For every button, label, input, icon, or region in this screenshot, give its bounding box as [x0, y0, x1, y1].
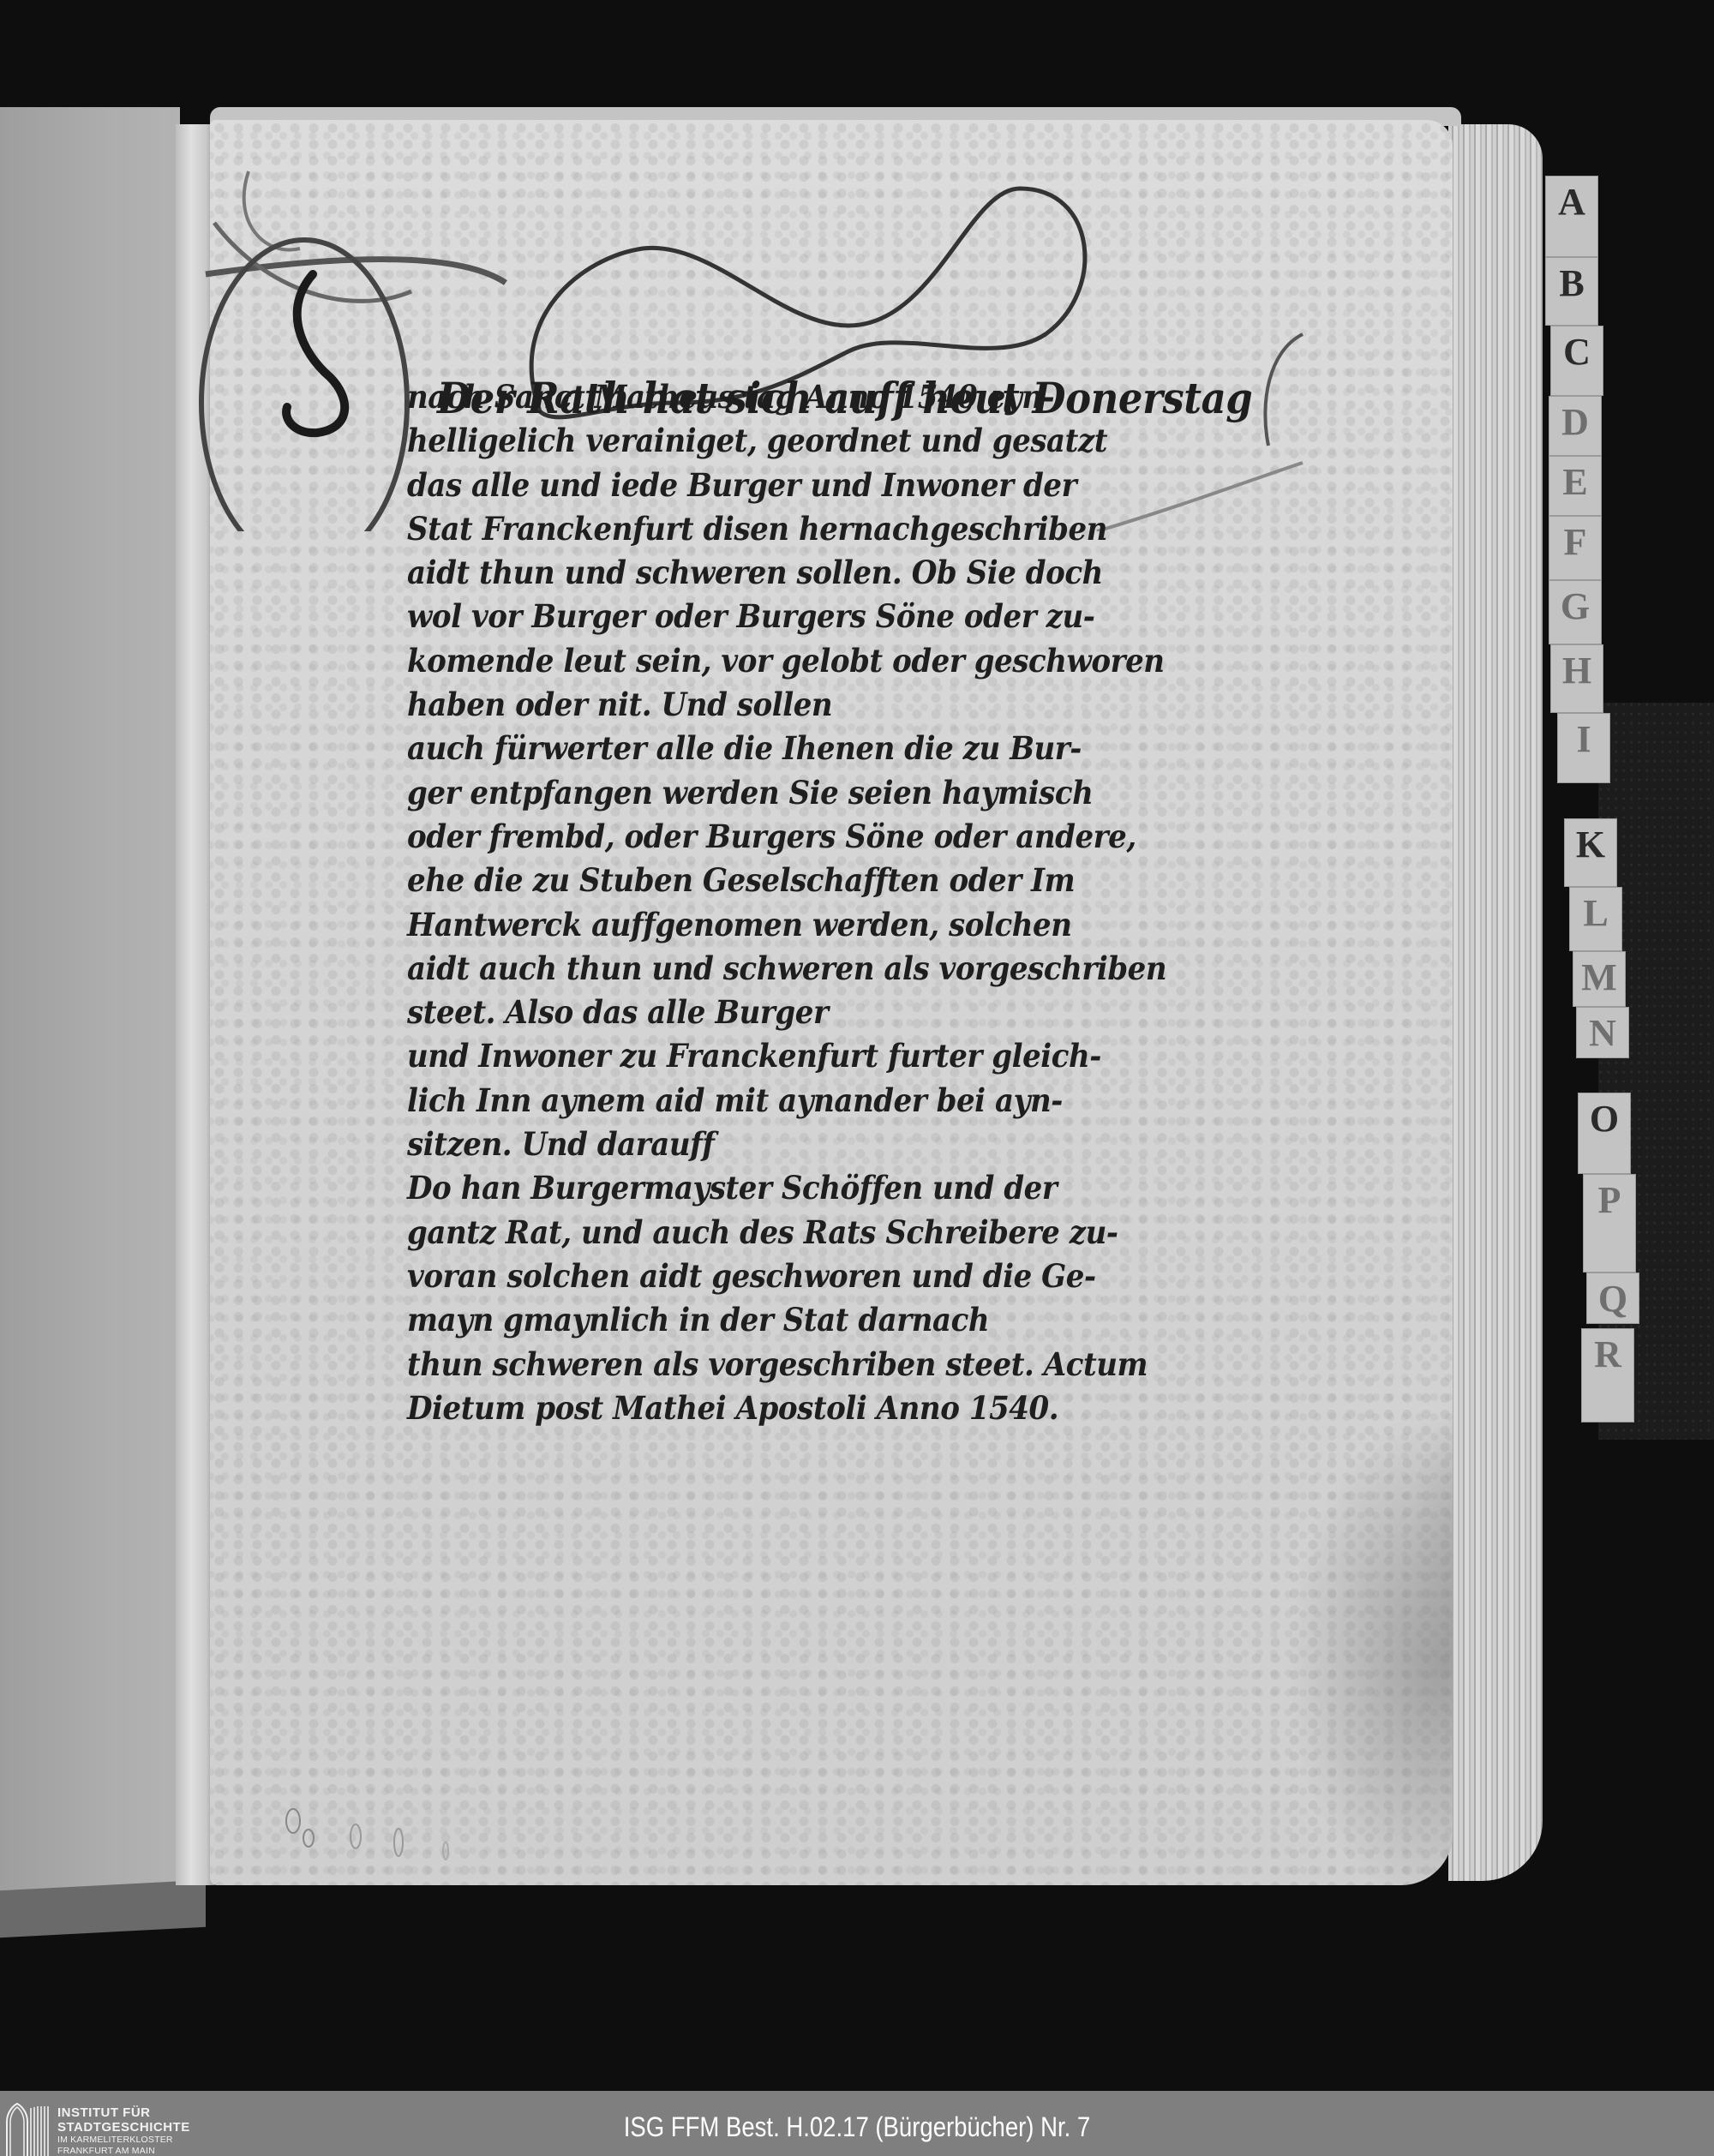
- text-line: haben oder nit. Und sollen: [407, 683, 1101, 727]
- text-line: steet. Also das alle Burger: [407, 991, 1101, 1034]
- index-tab-f: F: [1549, 516, 1602, 580]
- index-tab-a: A: [1545, 176, 1598, 257]
- text-line: Hantwerck auffgenomen werden, solchen: [407, 903, 1101, 947]
- index-tab-m: M: [1573, 951, 1626, 1007]
- text-line: Stat Franckenfurt disen hernachgeschribe…: [407, 507, 1101, 551]
- text-line: mayn gmaynlich in der Stat darnach: [407, 1298, 1101, 1342]
- text-line: ehe die zu Stuben Geselschafften oder Im: [407, 859, 1101, 902]
- index-tab-b: B: [1545, 257, 1598, 326]
- manuscript-scan: A B C D E F G H I K L M N O P Q R Der Ra…: [0, 0, 1714, 2091]
- book-gutter: [176, 124, 214, 1885]
- text-line: oder frembd, oder Burgers Söne oder ande…: [407, 815, 1101, 859]
- index-tab-d: D: [1549, 396, 1602, 456]
- text-line: Do han Burgermayster Schöffen und der: [407, 1166, 1101, 1210]
- index-tab-i: I: [1557, 713, 1610, 783]
- text-line: und Inwoner zu Franckenfurt furter gleic…: [407, 1034, 1101, 1078]
- text-line: das alle und iede Burger und Inwoner der: [407, 464, 1101, 507]
- text-line: helligelich verainiget, geordnet und ges…: [407, 419, 1101, 463]
- index-tab-l: L: [1569, 887, 1622, 951]
- text-line: aidt thun und schweren sollen. Ob Sie do…: [407, 551, 1101, 595]
- text-line: gantz Rat, und auch des Rats Schreibere …: [407, 1211, 1101, 1255]
- decorated-initial-d: [249, 257, 394, 446]
- gothic-arch-logo-icon: [5, 2103, 50, 2156]
- text-line: auch fürwerter alle die Ihenen die zu Bu…: [407, 727, 1101, 770]
- ink-stains: [283, 1804, 557, 1872]
- text-line: wol vor Burger oder Burgers Söne oder zu…: [407, 595, 1101, 638]
- index-tab-r: R: [1581, 1328, 1634, 1422]
- text-line: aidt auch thun und schweren als vorgesch…: [407, 947, 1101, 991]
- text-line: lich Inn aynem aid mit aynander bei ayn-: [407, 1079, 1101, 1123]
- text-line: Dietum post Mathei Apostoli Anno 1540.: [407, 1386, 1101, 1430]
- text-line: voran solchen aidt geschworen und die Ge…: [407, 1255, 1101, 1298]
- text-line: nach Sanct Matheus tag Anno 1540 eyn-: [407, 375, 1101, 419]
- left-page-blank: [0, 107, 180, 1915]
- text-line: ger entpfangen werden Sie seien haymisch: [407, 771, 1101, 815]
- text-line: komende leut sein, vor gelobt oder gesch…: [407, 639, 1101, 683]
- index-tab-e: E: [1549, 456, 1602, 516]
- archive-signature-caption: ISG FFM Best. H.02.17 (Bürgerbücher) Nr.…: [120, 2111, 1594, 2143]
- index-tab-q: Q: [1586, 1273, 1639, 1324]
- text-line: thun schweren als vorgeschriben steet. A…: [407, 1343, 1101, 1386]
- archive-footer: INSTITUT FÜR STADTGESCHICHTE IM KARMELIT…: [0, 2091, 1714, 2156]
- text-line: sitzen. Und darauff: [407, 1123, 1101, 1166]
- manuscript-text: nach Sanct Matheus tag Anno 1540 eyn- he…: [407, 375, 1161, 1430]
- index-tab-c: C: [1550, 326, 1603, 396]
- left-page-foredge: [0, 1880, 206, 1938]
- index-tab-n: N: [1576, 1007, 1629, 1058]
- page-block-edge: [1448, 124, 1543, 1881]
- index-tab-k: K: [1564, 818, 1617, 887]
- index-tab-p: P: [1583, 1174, 1636, 1273]
- index-tab-h: H: [1550, 644, 1603, 713]
- logo-line-4: FRANKFURT AM MAIN: [57, 2146, 190, 2156]
- index-tab-o: O: [1578, 1093, 1631, 1174]
- index-tab-g: G: [1549, 580, 1602, 644]
